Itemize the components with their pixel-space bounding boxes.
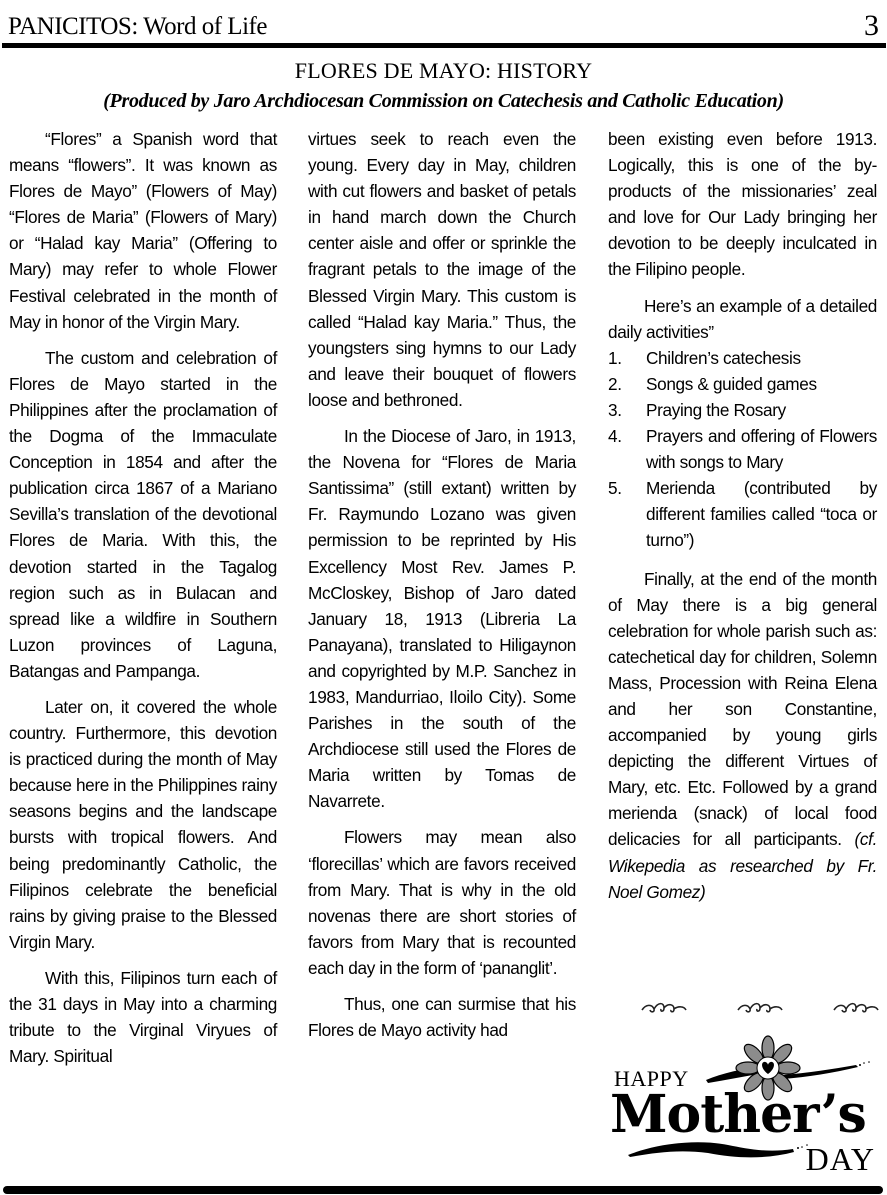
mothers-text: Mother’s — [610, 1087, 866, 1143]
paragraph-final-celebration: Finally, at the end of the month of May … — [608, 566, 877, 905]
daily-activities-list: 1. Children’s catechesis 2. Songs & guid… — [608, 345, 877, 554]
column-2: virtues seek to reach even the young. Ev… — [308, 126, 576, 1043]
flourish-ornament-icon — [640, 1000, 688, 1016]
page-header: PANICITOS: Word of Life 3 — [6, 8, 881, 42]
list-item: 3. Praying the Rosary — [608, 397, 877, 423]
header-rule-divider — [2, 43, 886, 48]
paragraph-daily-activities-intro: Here’s an example of a detailed daily ac… — [608, 293, 877, 345]
article-title: FLORES DE MAYO: HISTORY — [0, 57, 887, 85]
day-text: DAY — [806, 1143, 875, 1175]
paragraph-flores-meaning: “Flores” a Spanish word that means “flow… — [9, 126, 277, 335]
list-item: 5. Merienda (contributed by different fa… — [608, 475, 877, 553]
paragraph-virtues-continued: virtues seek to reach even the young. Ev… — [308, 126, 576, 413]
flourish-ornament-icon — [736, 1000, 784, 1016]
list-item: 2. Songs & guided games — [608, 371, 877, 397]
list-item-text: Children’s catechesis — [646, 345, 877, 371]
list-item-text: Praying the Rosary — [646, 397, 877, 423]
list-item: 1. Children’s catechesis — [608, 345, 877, 371]
article-subtitle: (Produced by Jaro Archdiocesan Commissio… — [0, 87, 887, 115]
list-item-number: 1. — [608, 345, 646, 371]
column-1: “Flores” a Spanish word that means “flow… — [9, 126, 277, 1069]
list-item-number: 3. — [608, 397, 646, 423]
paragraph-31-days: With this, Filipinos turn each of the 31… — [9, 965, 277, 1069]
paragraph-florecillas: Flowers may mean also ‘florecillas’ whic… — [308, 824, 576, 981]
publication-title: PANICITOS: Word of Life — [8, 12, 267, 42]
flourish-ornament-icon — [832, 1000, 880, 1016]
ornament-divider — [640, 1000, 880, 1016]
paragraph-diocese-of-jaro: In the Diocese of Jaro, in 1913, the Nov… — [308, 423, 576, 814]
column-3: been existing even before 1913. Logicall… — [608, 126, 877, 915]
page-number: 3 — [864, 10, 879, 42]
list-item-number: 2. — [608, 371, 646, 397]
paragraph-surmise: Thus, one can surmise that his Flores de… — [308, 991, 576, 1043]
list-item-number: 4. — [608, 423, 646, 449]
list-item: 4. Prayers and offering of Flowers with … — [608, 423, 877, 475]
paragraph-custom-origin: The custom and celebration of Flores de … — [9, 345, 277, 684]
list-item-number: 5. — [608, 475, 646, 501]
list-item-text: Merienda (contributed by different famil… — [646, 475, 877, 553]
final-celebration-text: Finally, at the end of the month of May … — [608, 569, 877, 850]
list-item-text: Prayers and offering of Flowers with son… — [646, 423, 877, 475]
mothers-day-graphic: HAPPY Mother’s DAY — [608, 1035, 883, 1175]
footer-rule-divider — [3, 1186, 883, 1194]
paragraph-existing-before-1913: been existing even before 1913. Logicall… — [608, 126, 877, 283]
list-item-text: Songs & guided games — [646, 371, 877, 397]
paragraph-whole-country: Later on, it covered the whole country. … — [9, 694, 277, 955]
